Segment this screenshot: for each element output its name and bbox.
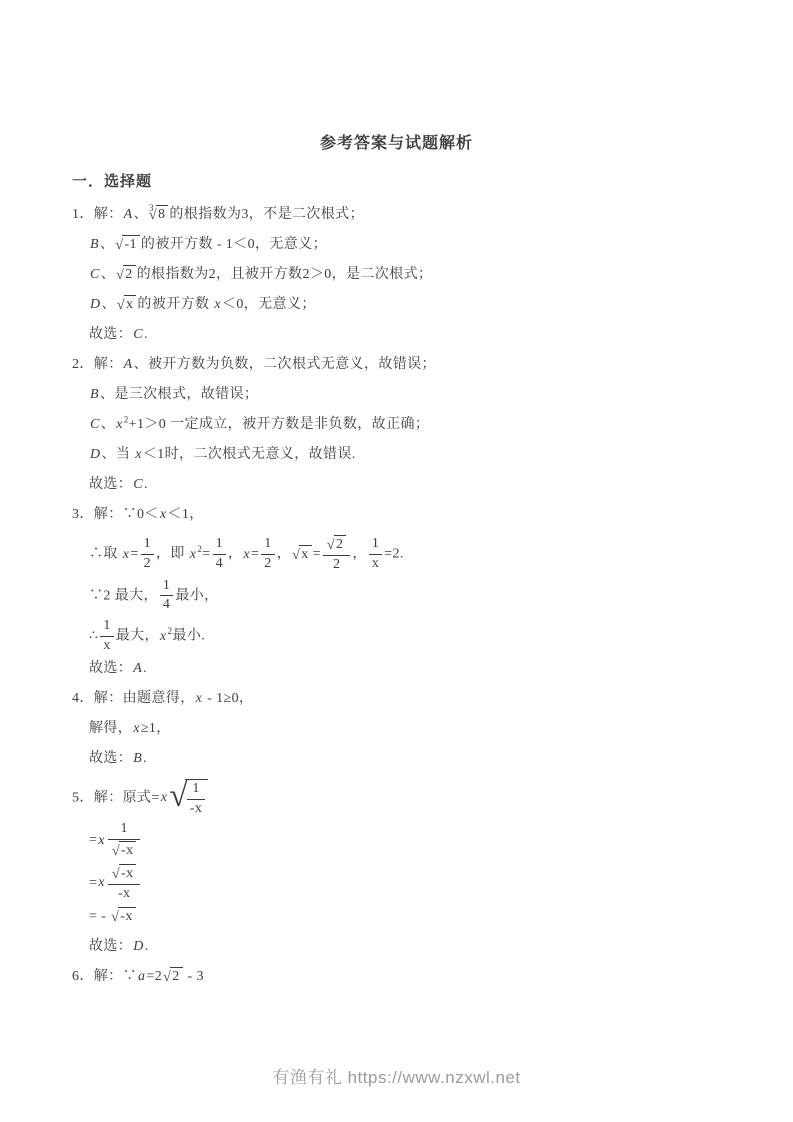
radicand: -x [119,864,136,883]
math-text: 故选： [89,751,132,766]
square-root: √x [117,295,137,314]
math-variable: x [242,547,251,562]
math-fraction: 14 [160,578,173,615]
math-text: . [144,477,148,492]
math-line: 6．解：∵a=2√2 - 3 [72,967,732,987]
fraction-denominator: 4 [213,555,226,573]
math-text: - 1≥0， [203,691,253,706]
math-line: = - √-x [72,907,732,927]
math-fraction: √22 [323,535,351,574]
square-root: √-x [111,907,136,926]
math-line: =x√-x-x [72,864,732,903]
square-root: √2 [163,967,183,986]
math-text: - 3 [184,969,204,984]
math-text: =2 [146,969,162,984]
fraction-numerator: 1 [160,578,173,597]
radical-sign: √ [111,911,119,925]
square-root: √1-x [169,779,208,818]
math-line: ∴取 x=12，即 x2=14，x=12，√x=√22，1x=2. [72,535,732,574]
math-text: 2 [144,556,151,571]
fraction-denominator: -x [187,800,205,818]
math-text: ＜1， [167,507,203,522]
math-text: 的被开方数 [137,297,213,312]
radical-sign: √ [163,971,171,985]
math-line: 解得，x≥1， [72,719,732,739]
square-root: √2 [116,265,136,284]
fraction-denominator: 4 [160,596,173,614]
math-text: 1．解： [72,207,123,222]
fraction-denominator: 2 [323,556,351,574]
math-text: ∵2 最大， [89,588,158,603]
math-text: 故选： [89,327,132,342]
math-text: =2. [384,547,404,562]
fraction-denominator: -x [108,885,141,903]
fraction-numerator: 1 [187,781,205,800]
math-line: B、是三次根式，故错误； [72,385,732,405]
radical-sign: √ [116,269,124,283]
math-text: 4 [163,597,170,612]
math-variable: x [97,833,106,848]
fraction-numerator: 1 [369,536,382,555]
math-text: 、当 [102,447,135,462]
math-variable: B [89,237,100,252]
math-line: D、√x的被开方数 x＜0，无意义； [72,295,732,315]
math-text: 2．解： [72,357,123,372]
math-line: 故选：C. [72,325,732,345]
math-text: 故选： [89,477,132,492]
content-area: 一．选择题 1．解：A、3√8的根指数为3，不是二次根式；B、√-1的被开方数 … [72,170,732,997]
math-text: 、 [101,417,115,432]
fraction-numerator: √2 [323,535,351,556]
math-text: . [143,751,147,766]
math-variable: a [137,969,146,984]
math-variable: x [159,629,168,644]
math-text: x [372,556,379,571]
radicand: 2 [123,265,135,284]
math-text: 、是三次根式，故错误； [100,387,258,402]
math-line: 1．解：A、3√8的根指数为3，不是二次根式； [72,205,732,225]
fraction-numerator: 1 [141,536,154,555]
cube-root: 3√8 [149,205,168,224]
math-fraction: 14 [213,536,226,573]
math-text: 1 [163,578,170,593]
document-page: 参考答案与试题解析 一．选择题 1．解：A、3√8的根指数为3，不是二次根式；B… [0,0,793,1122]
math-variable: C [132,327,144,342]
math-text: 3．解：∵0＜ [72,507,159,522]
math-text: ， [352,547,366,562]
fraction-numerator: 1 [108,821,141,840]
math-fraction: 1x [100,618,113,655]
math-line: 故选：A. [72,659,732,679]
math-text: 8 [158,207,165,222]
math-text: 、 [101,267,115,282]
math-text: = [313,547,321,562]
math-text: 2 [125,267,132,282]
math-line: 4．解：由题意得，x - 1≥0， [72,689,732,709]
fraction-numerator: 1 [261,536,274,555]
math-variable: B [89,387,100,402]
square-root: √-x [112,841,137,860]
radical-sign: √ [112,868,120,882]
fraction-denominator: 2 [141,555,154,573]
math-text: 最大， [116,629,159,644]
math-text: 、 [134,207,148,222]
radicand: x [124,295,136,314]
math-text: . [144,327,148,342]
math-text: ≥1， [141,721,171,736]
radicand: 2 [334,535,346,554]
math-variable: A [123,357,134,372]
math-fraction: √-x-x [108,864,141,903]
math-text: x [103,638,110,653]
math-text: 6．解：∵ [72,969,137,984]
math-line: B、√-1的被开方数 - 1＜0，无意义； [72,235,732,255]
math-variable: C [132,477,144,492]
math-variable: x [115,417,124,432]
problem-block: 4．解：由题意得，x - 1≥0，解得，x≥1，故选：B. [72,689,732,769]
math-text: 最小， [175,588,218,603]
math-variable: D [89,447,102,462]
math-variable: D [132,939,145,954]
math-text: 、 [102,297,116,312]
math-text: ∴取 [89,547,122,562]
fraction-denominator: x [369,555,382,573]
square-root: √2 [327,535,347,554]
math-fraction: 12 [141,536,154,573]
math-text: ，即 [156,547,189,562]
math-line: C、√2的根指数为2，且被开方数2＞0，是二次根式； [72,265,732,285]
math-fraction: 1x [369,536,382,573]
math-text: 的根指数为2，且被开方数2＞0，是二次根式； [137,267,433,282]
radicand: -x [118,907,135,926]
radical-sign: √ [115,239,123,253]
math-text: x [126,297,133,312]
problem-block: 1．解：A、3√8的根指数为3，不是二次根式；B、√-1的被开方数 - 1＜0，… [72,205,732,345]
math-variable: C [89,267,101,282]
math-text: ∴ [89,629,98,644]
math-variable: x [195,691,204,706]
radical-sign: √ [292,549,300,563]
fraction-numerator: √-x [108,864,141,885]
math-text: . [145,939,149,954]
math-line: ∴1x最大，x2最小. [72,618,732,655]
math-line: =x1√-x [72,821,732,860]
problem-block: 6．解：∵a=2√2 - 3 [72,967,732,987]
radicand: x [299,545,311,564]
fraction-denominator: 2 [261,555,274,573]
math-line: 故选：B. [72,749,732,769]
fraction-denominator: x [100,637,113,655]
math-text: 2 [172,969,179,984]
radicand: 1-x [185,779,208,818]
math-text: 2 [333,557,340,572]
fraction-numerator: 1 [213,536,226,555]
radicand: -x [119,841,136,860]
math-text: 2 [336,537,343,552]
math-text: 4 [216,556,223,571]
math-text: 故选： [89,939,132,954]
math-text: 2 [264,556,271,571]
math-variable: x [160,790,169,805]
math-text: ＜1时，二次根式无意义，故错误. [143,447,356,462]
math-text: 1 [144,536,151,551]
problem-block: 2．解：A、被开方数为负数，二次根式无意义，故错误；B、是三次根式，故错误；C、… [72,355,732,495]
math-text: . [143,661,147,676]
math-text: 1 [192,781,199,796]
math-line: 故选：D. [72,937,732,957]
math-text: 的被开方数 - 1＜0，无意义； [141,237,327,252]
radical-sign: √ [117,299,125,313]
math-variable: x [213,297,222,312]
math-text: 4．解：由题意得， [72,691,195,706]
math-line: 5．解：原式=x√1-x [72,779,732,818]
square-root: √x [292,545,312,564]
math-text: 、被开方数为负数，二次根式无意义，故错误； [134,357,436,372]
page-title: 参考答案与试题解析 [0,130,793,153]
math-fraction: 1-x [187,781,205,818]
math-text: -x [121,866,133,881]
math-text: -x [118,886,130,901]
math-text: -x [190,801,202,816]
math-line: 2．解：A、被开方数为负数，二次根式无意义，故错误； [72,355,732,375]
math-variable: C [89,417,101,432]
math-text: 1 [264,536,271,551]
math-text: 1 [372,536,379,551]
math-text: x [301,547,308,562]
math-line: D、当 x＜1时，二次根式无意义，故错误. [72,445,732,465]
section-heading: 一．选择题 [72,170,732,191]
math-text: 1 [121,821,128,836]
math-text: = [251,547,259,562]
math-variable: x [132,721,141,736]
problem-block: 5．解：原式=x√1-x=x1√-x=x√-x-x= - √-x故选：D. [72,779,732,957]
math-variable: A [132,661,143,676]
math-text: -1 [124,237,136,252]
math-text: ， [277,547,291,562]
math-text: = [130,547,138,562]
math-text: 1 [103,618,110,633]
math-text: -x [120,909,132,924]
footer-watermark: 有渔有礼 https://www.nzxwl.net [0,1063,793,1088]
math-text: +1＞0 一定成立，被开方数是非负数，故正确； [129,417,430,432]
math-text: = - [89,909,110,924]
radical-sign: √ [112,845,120,859]
radical-sign: √ [169,780,188,813]
math-variable: B [132,751,143,766]
math-text: 的根指数为3，不是二次根式； [169,207,364,222]
problem-block: 3．解：∵0＜x＜1，∴取 x=12，即 x2=14，x=12，√x=√22，1… [72,505,732,679]
math-text: 1 [216,536,223,551]
fraction-denominator: √-x [108,840,141,860]
math-variable: A [123,207,134,222]
radicand: 8 [156,205,168,224]
math-text: = [202,547,210,562]
math-text: ＜0，无意义； [222,297,316,312]
radicand: -1 [122,235,139,254]
math-variable: x [97,875,106,890]
math-line: C、x2+1＞0 一定成立，被开方数是非负数，故正确； [72,415,732,435]
math-fraction: 12 [261,536,274,573]
math-text: -x [121,843,133,858]
math-text: 最小. [172,629,205,644]
math-fraction: 1√-x [108,821,141,860]
math-line: 3．解：∵0＜x＜1， [72,505,732,525]
problems-list: 1．解：A、3√8的根指数为3，不是二次根式；B、√-1的被开方数 - 1＜0，… [72,205,732,987]
radicand: 2 [170,967,182,986]
math-line: ∵2 最大，14最小， [72,578,732,615]
fraction-numerator: 1 [100,618,113,637]
math-text: 解得， [89,721,132,736]
math-text: ， [228,547,242,562]
math-text: 故选： [89,661,132,676]
math-text: 5．解：原式= [72,790,160,805]
math-line: 故选：C. [72,475,732,495]
radical-sign: √ [327,539,335,553]
math-variable: D [89,297,102,312]
math-variable: x [134,447,143,462]
square-root: √-1 [115,235,140,254]
math-text: 、 [100,237,114,252]
square-root: √-x [112,864,137,883]
